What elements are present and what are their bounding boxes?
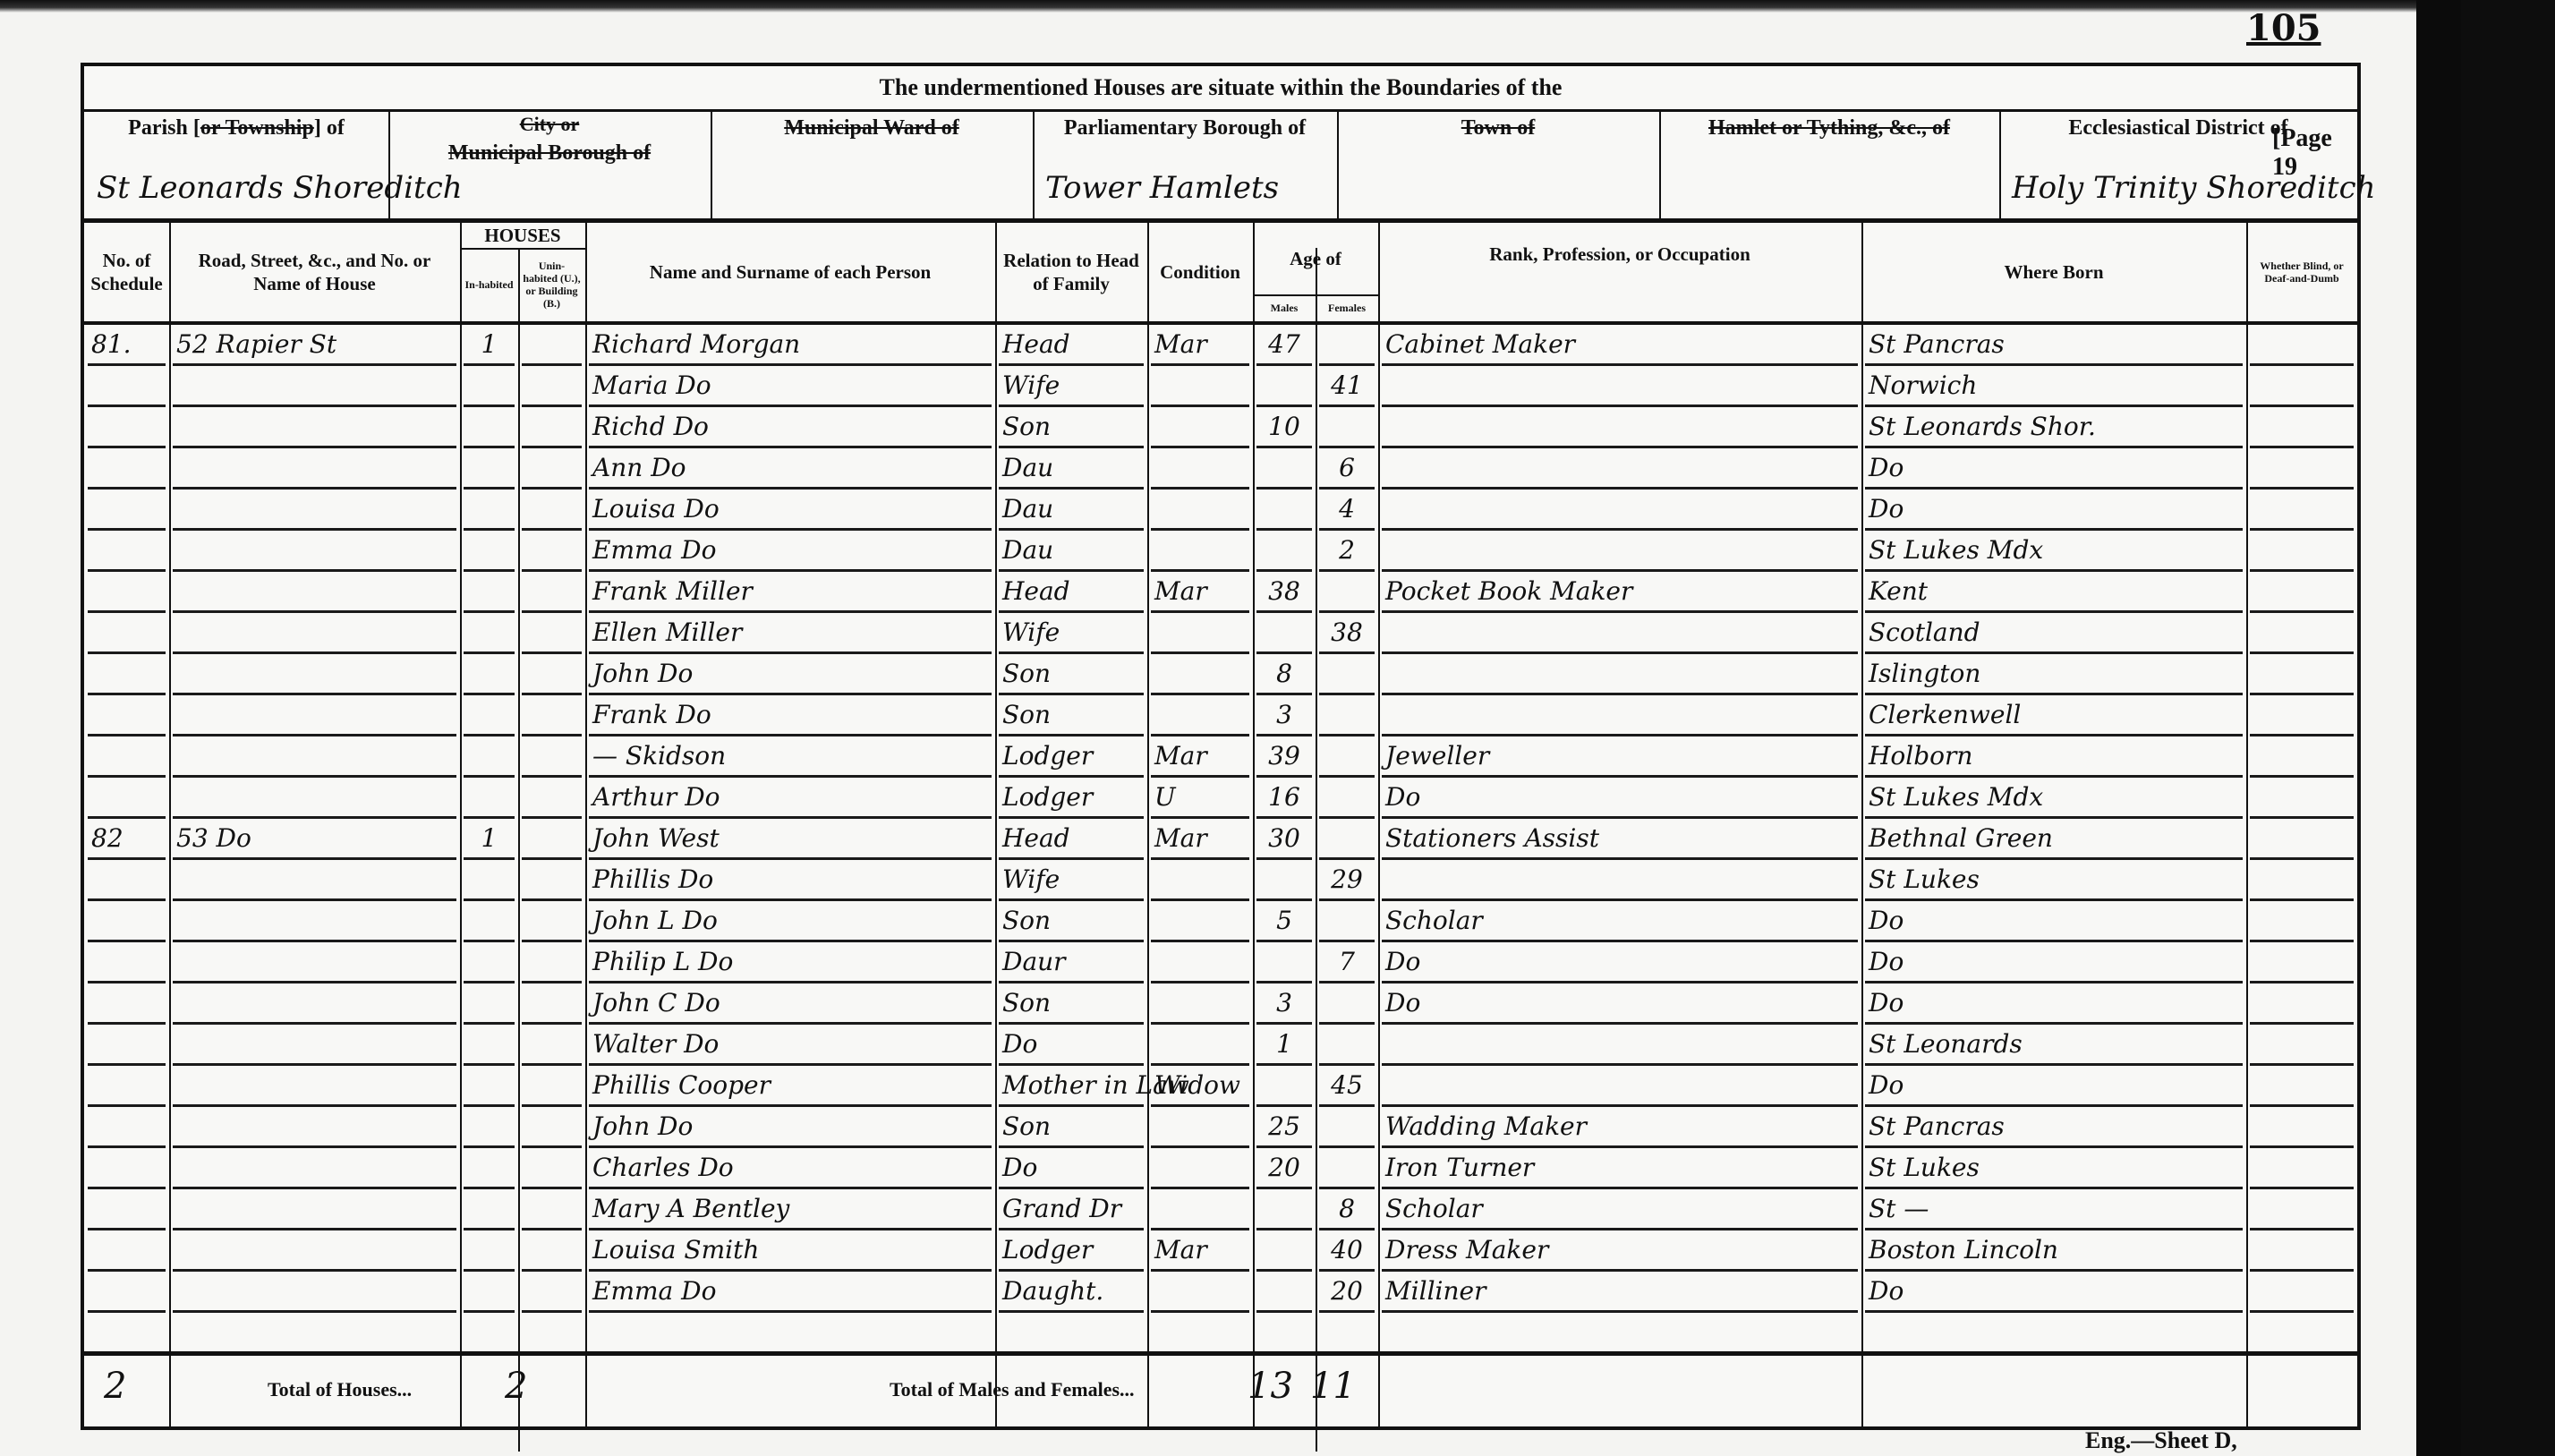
cell-inhabited bbox=[460, 860, 518, 901]
cell-uninhabited bbox=[518, 737, 585, 778]
cell-relation: Mother in Law bbox=[995, 1066, 1147, 1107]
cell-address bbox=[169, 901, 460, 942]
cell-condition bbox=[1147, 983, 1253, 1025]
cell-female-age bbox=[1316, 572, 1378, 613]
cell-address: 52 Rapier St bbox=[169, 325, 460, 366]
cell-schedule bbox=[84, 654, 169, 695]
cell-occupation: Iron Turner bbox=[1378, 1148, 1861, 1189]
place-field: Ecclesiastical District ofHoly Trinity S… bbox=[1999, 111, 2357, 218]
cell-condition: Mar bbox=[1147, 737, 1253, 778]
cell-relation: Lodger bbox=[995, 1230, 1147, 1272]
cell-schedule bbox=[84, 1230, 169, 1272]
cell-condition bbox=[1147, 613, 1253, 654]
cell-schedule bbox=[84, 1025, 169, 1066]
cell-uninhabited bbox=[518, 1107, 585, 1148]
cell-occupation bbox=[1378, 695, 1861, 737]
column-headers: No. of ScheduleRoad, Street, &c., and No… bbox=[84, 223, 2357, 321]
census-row: John C DoSon3DoDo bbox=[84, 983, 2357, 1025]
cell-condition bbox=[1147, 1189, 1253, 1230]
cell-relation: Wife bbox=[995, 366, 1147, 407]
cell-disability bbox=[2246, 448, 2357, 490]
cell-occupation bbox=[1378, 407, 1861, 448]
cell-name: Richard Morgan bbox=[585, 325, 995, 366]
cell-condition: Widow bbox=[1147, 1066, 1253, 1107]
header-where-born: Where Born bbox=[1861, 223, 2246, 321]
cell-where-born: Kent bbox=[1861, 572, 2246, 613]
cell-male-age bbox=[1253, 448, 1316, 490]
header-uninhabited: Unin-habited (U.), or Building (B.) bbox=[518, 248, 585, 321]
cell-name: Maria Do bbox=[585, 366, 995, 407]
cell-schedule bbox=[84, 778, 169, 819]
cell-inhabited bbox=[460, 407, 518, 448]
census-row: 81.52 Rapier St1Richard MorganHeadMar47C… bbox=[84, 325, 2357, 366]
cell-where-born: St — bbox=[1861, 1189, 2246, 1230]
cell-relation: Wife bbox=[995, 860, 1147, 901]
cell-schedule bbox=[84, 490, 169, 531]
cell-disability bbox=[2246, 490, 2357, 531]
cell-name: John C Do bbox=[585, 983, 995, 1025]
cell-name: Arthur Do bbox=[585, 778, 995, 819]
cell-disability bbox=[2246, 1148, 2357, 1189]
cell-female-age bbox=[1316, 819, 1378, 860]
cell-address bbox=[169, 654, 460, 695]
cell-where-born: Holborn bbox=[1861, 737, 2246, 778]
cell-disability bbox=[2246, 983, 2357, 1025]
cell-disability bbox=[2246, 737, 2357, 778]
cell-name: Ellen Miller bbox=[585, 613, 995, 654]
cell-uninhabited bbox=[518, 1272, 585, 1313]
cell-female-age: 38 bbox=[1316, 613, 1378, 654]
cell-female-age: 45 bbox=[1316, 1066, 1378, 1107]
cell-where-born: Bethnal Green bbox=[1861, 819, 2246, 860]
cell-schedule bbox=[84, 983, 169, 1025]
cell-uninhabited bbox=[518, 407, 585, 448]
cell-occupation bbox=[1378, 1066, 1861, 1107]
cell-address bbox=[169, 366, 460, 407]
cell-inhabited bbox=[460, 448, 518, 490]
cell-condition bbox=[1147, 531, 1253, 572]
cell-occupation: Dress Maker bbox=[1378, 1230, 1861, 1272]
scan-top-edge bbox=[0, 0, 2555, 13]
cell-male-age bbox=[1253, 1272, 1316, 1313]
census-row: Emma DoDaught.20MillinerDo bbox=[84, 1272, 2357, 1313]
cell-female-age bbox=[1316, 983, 1378, 1025]
cell-name: John L Do bbox=[585, 901, 995, 942]
cell-female-age: 6 bbox=[1316, 448, 1378, 490]
cell-name: Walter Do bbox=[585, 1025, 995, 1066]
sheet-footer: Eng.—Sheet D, bbox=[2085, 1427, 2237, 1454]
census-sheet: [Page 19 The undermentioned Houses are s… bbox=[81, 63, 2361, 1430]
cell-address bbox=[169, 572, 460, 613]
cell-male-age: 1 bbox=[1253, 1025, 1316, 1066]
cell-occupation: Do bbox=[1378, 778, 1861, 819]
cell-inhabited bbox=[460, 737, 518, 778]
cell-address bbox=[169, 942, 460, 983]
cell-disability bbox=[2246, 1230, 2357, 1272]
header-schedule: No. of Schedule bbox=[84, 223, 169, 321]
cell-uninhabited bbox=[518, 448, 585, 490]
cell-relation: Lodger bbox=[995, 778, 1147, 819]
cell-male-age bbox=[1253, 942, 1316, 983]
cell-where-born: Do bbox=[1861, 901, 2246, 942]
cell-schedule bbox=[84, 1107, 169, 1148]
cell-where-born: St Lukes bbox=[1861, 1148, 2246, 1189]
total-persons-label: Total of Males and Females... bbox=[890, 1378, 1135, 1401]
cell-uninhabited bbox=[518, 778, 585, 819]
census-row: Frank MillerHeadMar38Pocket Book MakerKe… bbox=[84, 572, 2357, 613]
cell-male-age: 10 bbox=[1253, 407, 1316, 448]
cell-address bbox=[169, 448, 460, 490]
cell-relation: Lodger bbox=[995, 737, 1147, 778]
cell-condition bbox=[1147, 654, 1253, 695]
cell-condition: Mar bbox=[1147, 819, 1253, 860]
cell-male-age bbox=[1253, 366, 1316, 407]
cell-name: Emma Do bbox=[585, 531, 995, 572]
header-males: Males bbox=[1253, 294, 1316, 321]
cell-disability bbox=[2246, 531, 2357, 572]
cell-condition bbox=[1147, 901, 1253, 942]
cell-uninhabited bbox=[518, 613, 585, 654]
cell-name: Phillis Cooper bbox=[585, 1066, 995, 1107]
cell-where-born: St Leonards bbox=[1861, 1025, 2246, 1066]
cell-name: Mary A Bentley bbox=[585, 1189, 995, 1230]
census-row: Louisa SmithLodgerMar40Dress MakerBoston… bbox=[84, 1230, 2357, 1272]
cell-female-age: 7 bbox=[1316, 942, 1378, 983]
cell-address bbox=[169, 737, 460, 778]
cell-male-age bbox=[1253, 490, 1316, 531]
cell-condition bbox=[1147, 860, 1253, 901]
census-row: John L DoSon5ScholarDo bbox=[84, 901, 2357, 942]
cell-uninhabited bbox=[518, 1148, 585, 1189]
cell-occupation bbox=[1378, 366, 1861, 407]
cell-schedule: 81. bbox=[84, 325, 169, 366]
cell-relation: Head bbox=[995, 325, 1147, 366]
cell-female-age: 20 bbox=[1316, 1272, 1378, 1313]
cell-where-born: Norwich bbox=[1861, 366, 2246, 407]
total-females: 11 bbox=[1310, 1366, 1356, 1407]
cell-disability bbox=[2246, 1107, 2357, 1148]
cell-where-born: Clerkenwell bbox=[1861, 695, 2246, 737]
cell-inhabited: 1 bbox=[460, 325, 518, 366]
census-row: Frank DoSon3Clerkenwell bbox=[84, 695, 2357, 737]
cell-disability bbox=[2246, 778, 2357, 819]
cell-name: John West bbox=[585, 819, 995, 860]
cell-female-age bbox=[1316, 737, 1378, 778]
cell-occupation bbox=[1378, 1025, 1861, 1066]
cell-male-age: 5 bbox=[1253, 901, 1316, 942]
cell-address bbox=[169, 1107, 460, 1148]
cell-relation: Daur bbox=[995, 942, 1147, 983]
cell-disability bbox=[2246, 1272, 2357, 1313]
cell-condition bbox=[1147, 1107, 1253, 1148]
cell-schedule bbox=[84, 407, 169, 448]
header-occupation: Rank, Profession, or Occupation bbox=[1378, 223, 1861, 285]
census-row: Phillis CooperMother in LawWidow45Do bbox=[84, 1066, 2357, 1107]
cell-uninhabited bbox=[518, 942, 585, 983]
census-row: John DoSon25Wadding MakerSt Pancras bbox=[84, 1107, 2357, 1148]
cell-disability bbox=[2246, 407, 2357, 448]
cell-male-age: 39 bbox=[1253, 737, 1316, 778]
cell-schedule bbox=[84, 1189, 169, 1230]
cell-inhabited bbox=[460, 654, 518, 695]
cell-inhabited bbox=[460, 1025, 518, 1066]
cell-uninhabited bbox=[518, 1025, 585, 1066]
census-row: Arthur DoLodgerU16DoSt Lukes Mdx bbox=[84, 778, 2357, 819]
cell-occupation bbox=[1378, 448, 1861, 490]
cell-where-born: St Lukes Mdx bbox=[1861, 531, 2246, 572]
cell-uninhabited bbox=[518, 531, 585, 572]
place-label: Parish [or Township] of bbox=[84, 116, 388, 140]
cell-inhabited bbox=[460, 983, 518, 1025]
cell-disability bbox=[2246, 613, 2357, 654]
cell-inhabited bbox=[460, 1230, 518, 1272]
cell-where-born: Do bbox=[1861, 942, 2246, 983]
cell-male-age: 30 bbox=[1253, 819, 1316, 860]
cell-occupation: Scholar bbox=[1378, 1189, 1861, 1230]
cell-female-age: 2 bbox=[1316, 531, 1378, 572]
cell-disability bbox=[2246, 860, 2357, 901]
cell-relation: Son bbox=[995, 695, 1147, 737]
cell-male-age: 3 bbox=[1253, 695, 1316, 737]
scan-margin bbox=[2416, 0, 2461, 1456]
cell-address bbox=[169, 695, 460, 737]
cell-address bbox=[169, 1066, 460, 1107]
cell-uninhabited bbox=[518, 490, 585, 531]
cell-address bbox=[169, 1230, 460, 1272]
census-row: Emma DoDau2St Lukes Mdx bbox=[84, 531, 2357, 572]
cell-male-age bbox=[1253, 1189, 1316, 1230]
cell-name: Louisa Smith bbox=[585, 1230, 995, 1272]
cell-occupation: Do bbox=[1378, 942, 1861, 983]
cell-schedule bbox=[84, 860, 169, 901]
cell-where-born: Do bbox=[1861, 983, 2246, 1025]
cell-relation: Son bbox=[995, 901, 1147, 942]
cell-name: Louisa Do bbox=[585, 490, 995, 531]
census-row: Maria DoWife41Norwich bbox=[84, 366, 2357, 407]
cell-occupation bbox=[1378, 654, 1861, 695]
cell-where-born: St Pancras bbox=[1861, 1107, 2246, 1148]
cell-female-age bbox=[1316, 1107, 1378, 1148]
place-label: Ecclesiastical District of bbox=[1999, 116, 2357, 140]
cell-condition bbox=[1147, 407, 1253, 448]
cell-relation: Wife bbox=[995, 613, 1147, 654]
cell-male-age: 3 bbox=[1253, 983, 1316, 1025]
cell-female-age: 41 bbox=[1316, 366, 1378, 407]
cell-disability bbox=[2246, 901, 2357, 942]
cell-uninhabited bbox=[518, 366, 585, 407]
cell-disability bbox=[2246, 819, 2357, 860]
cell-schedule bbox=[84, 737, 169, 778]
cell-schedule bbox=[84, 448, 169, 490]
cell-male-age bbox=[1253, 531, 1316, 572]
cell-inhabited bbox=[460, 942, 518, 983]
cell-male-age: 25 bbox=[1253, 1107, 1316, 1148]
cell-schedule: 82 bbox=[84, 819, 169, 860]
place-field: Municipal Ward of bbox=[711, 111, 1033, 218]
cell-inhabited bbox=[460, 901, 518, 942]
cell-female-age bbox=[1316, 407, 1378, 448]
cell-inhabited bbox=[460, 572, 518, 613]
cell-condition: U bbox=[1147, 778, 1253, 819]
cell-condition: Mar bbox=[1147, 572, 1253, 613]
cell-occupation: Milliner bbox=[1378, 1272, 1861, 1313]
cell-disability bbox=[2246, 1025, 2357, 1066]
cell-inhabited bbox=[460, 695, 518, 737]
cell-condition bbox=[1147, 490, 1253, 531]
cell-relation: Dau bbox=[995, 531, 1147, 572]
cell-uninhabited bbox=[518, 901, 585, 942]
cell-address bbox=[169, 1025, 460, 1066]
header-disability: Whether Blind, or Deaf-and-Dumb bbox=[2246, 223, 2357, 321]
place-value: Tower Hamlets bbox=[1045, 170, 1279, 206]
cell-occupation: Do bbox=[1378, 983, 1861, 1025]
place-field: Hamlet or Tything, &c., of bbox=[1659, 111, 1999, 218]
place-label: Town of bbox=[1337, 116, 1659, 140]
cell-inhabited bbox=[460, 531, 518, 572]
census-row: Louisa DoDau4Do bbox=[84, 490, 2357, 531]
cell-address bbox=[169, 1189, 460, 1230]
cell-male-age bbox=[1253, 1230, 1316, 1272]
cell-disability bbox=[2246, 1189, 2357, 1230]
cell-where-born: Scotland bbox=[1861, 613, 2246, 654]
cell-inhabited bbox=[460, 366, 518, 407]
place-field: Parish [or Township] ofSt Leonards Shore… bbox=[84, 111, 388, 218]
cell-relation: Dau bbox=[995, 490, 1147, 531]
place-field: City orMunicipal Borough of bbox=[388, 111, 711, 218]
place-field: Town of bbox=[1337, 111, 1659, 218]
cell-uninhabited bbox=[518, 819, 585, 860]
cell-female-age: 8 bbox=[1316, 1189, 1378, 1230]
place-label: Hamlet or Tything, &c., of bbox=[1659, 116, 1999, 140]
cell-schedule bbox=[84, 572, 169, 613]
cell-schedule bbox=[84, 613, 169, 654]
cell-address bbox=[169, 407, 460, 448]
cell-relation: Son bbox=[995, 654, 1147, 695]
cell-disability bbox=[2246, 654, 2357, 695]
cell-inhabited bbox=[460, 1189, 518, 1230]
cell-name: Philip L Do bbox=[585, 942, 995, 983]
cell-female-age: 29 bbox=[1316, 860, 1378, 901]
total-males: 13 bbox=[1248, 1366, 1293, 1407]
cell-male-age: 20 bbox=[1253, 1148, 1316, 1189]
cell-inhabited bbox=[460, 490, 518, 531]
cell-relation: Grand Dr bbox=[995, 1189, 1147, 1230]
cell-female-age bbox=[1316, 1025, 1378, 1066]
cell-occupation: Jeweller bbox=[1378, 737, 1861, 778]
cell-inhabited bbox=[460, 778, 518, 819]
census-row: Richd DoSon10St Leonards Shor. bbox=[84, 407, 2357, 448]
place-label: Parliamentary Borough of bbox=[1033, 116, 1337, 140]
cell-schedule bbox=[84, 1272, 169, 1313]
cell-condition bbox=[1147, 1025, 1253, 1066]
cell-condition: Mar bbox=[1147, 1230, 1253, 1272]
cell-schedule bbox=[84, 366, 169, 407]
cell-where-born: Do bbox=[1861, 448, 2246, 490]
cell-relation: Dau bbox=[995, 448, 1147, 490]
sheet-title: The undermentioned Houses are situate wi… bbox=[84, 66, 2357, 109]
cell-condition bbox=[1147, 448, 1253, 490]
header-inhabited: In-habited bbox=[460, 248, 518, 321]
cell-condition: Mar bbox=[1147, 325, 1253, 366]
census-row: — SkidsonLodgerMar39JewellerHolborn bbox=[84, 737, 2357, 778]
cell-male-age: 16 bbox=[1253, 778, 1316, 819]
cell-name: Phillis Do bbox=[585, 860, 995, 901]
cell-schedule bbox=[84, 1148, 169, 1189]
archive-strip: COPYRIGHT - NOT TO BE REPRODUCED PHOTOGR… bbox=[2461, 0, 2555, 1456]
cell-schedule bbox=[84, 531, 169, 572]
cell-condition bbox=[1147, 366, 1253, 407]
census-row: Mary A BentleyGrand Dr8ScholarSt — bbox=[84, 1189, 2357, 1230]
cell-condition bbox=[1147, 942, 1253, 983]
cell-name: — Skidson bbox=[585, 737, 995, 778]
cell-uninhabited bbox=[518, 572, 585, 613]
cell-schedule bbox=[84, 901, 169, 942]
cell-address: 53 Do bbox=[169, 819, 460, 860]
cell-female-age bbox=[1316, 901, 1378, 942]
cell-relation: Son bbox=[995, 1107, 1147, 1148]
cell-male-age bbox=[1253, 860, 1316, 901]
place-value: Holy Trinity Shoreditch bbox=[2012, 170, 2376, 206]
cell-address bbox=[169, 1272, 460, 1313]
cell-where-born: St Pancras bbox=[1861, 325, 2246, 366]
place-label: City or bbox=[388, 113, 711, 136]
header-relation: Relation to Head of Family bbox=[995, 223, 1147, 321]
cell-where-born: Do bbox=[1861, 1272, 2246, 1313]
cell-inhabited bbox=[460, 1148, 518, 1189]
cell-name: John Do bbox=[585, 1107, 995, 1148]
cell-schedule bbox=[84, 942, 169, 983]
cell-female-age: 4 bbox=[1316, 490, 1378, 531]
cell-where-born: Do bbox=[1861, 1066, 2246, 1107]
place-label: Municipal Borough of bbox=[388, 141, 711, 166]
total-houses-label: Total of Houses... bbox=[268, 1378, 412, 1401]
cell-inhabited bbox=[460, 1272, 518, 1313]
cell-address bbox=[169, 1148, 460, 1189]
folio-number: 105 bbox=[2246, 7, 2321, 49]
cell-female-age bbox=[1316, 654, 1378, 695]
cell-female-age bbox=[1316, 1148, 1378, 1189]
cell-inhabited bbox=[460, 613, 518, 654]
cell-occupation bbox=[1378, 860, 1861, 901]
cell-relation: Daught. bbox=[995, 1272, 1147, 1313]
header-address: Road, Street, &c., and No. or Name of Ho… bbox=[169, 223, 460, 321]
cell-relation: Do bbox=[995, 1025, 1147, 1066]
census-row: Philip L DoDaur7DoDo bbox=[84, 942, 2357, 983]
cell-disability bbox=[2246, 325, 2357, 366]
cell-name: John Do bbox=[585, 654, 995, 695]
cell-occupation: Scholar bbox=[1378, 901, 1861, 942]
cell-relation: Son bbox=[995, 983, 1147, 1025]
cell-name: Charles Do bbox=[585, 1148, 995, 1189]
cell-disability bbox=[2246, 572, 2357, 613]
cell-occupation: Stationers Assist bbox=[1378, 819, 1861, 860]
cell-inhabited bbox=[460, 1107, 518, 1148]
cell-relation: Son bbox=[995, 407, 1147, 448]
place-field: Parliamentary Borough ofTower Hamlets bbox=[1033, 111, 1337, 218]
cell-condition bbox=[1147, 1272, 1253, 1313]
cell-occupation bbox=[1378, 613, 1861, 654]
total-schedules: 2 bbox=[104, 1366, 126, 1407]
cell-occupation: Pocket Book Maker bbox=[1378, 572, 1861, 613]
cell-relation: Head bbox=[995, 819, 1147, 860]
cell-inhabited: 1 bbox=[460, 819, 518, 860]
cell-where-born: St Lukes Mdx bbox=[1861, 778, 2246, 819]
cell-occupation: Cabinet Maker bbox=[1378, 325, 1861, 366]
cell-male-age bbox=[1253, 613, 1316, 654]
cell-schedule bbox=[84, 695, 169, 737]
header-name: Name and Surname of each Person bbox=[585, 223, 995, 321]
cell-uninhabited bbox=[518, 325, 585, 366]
